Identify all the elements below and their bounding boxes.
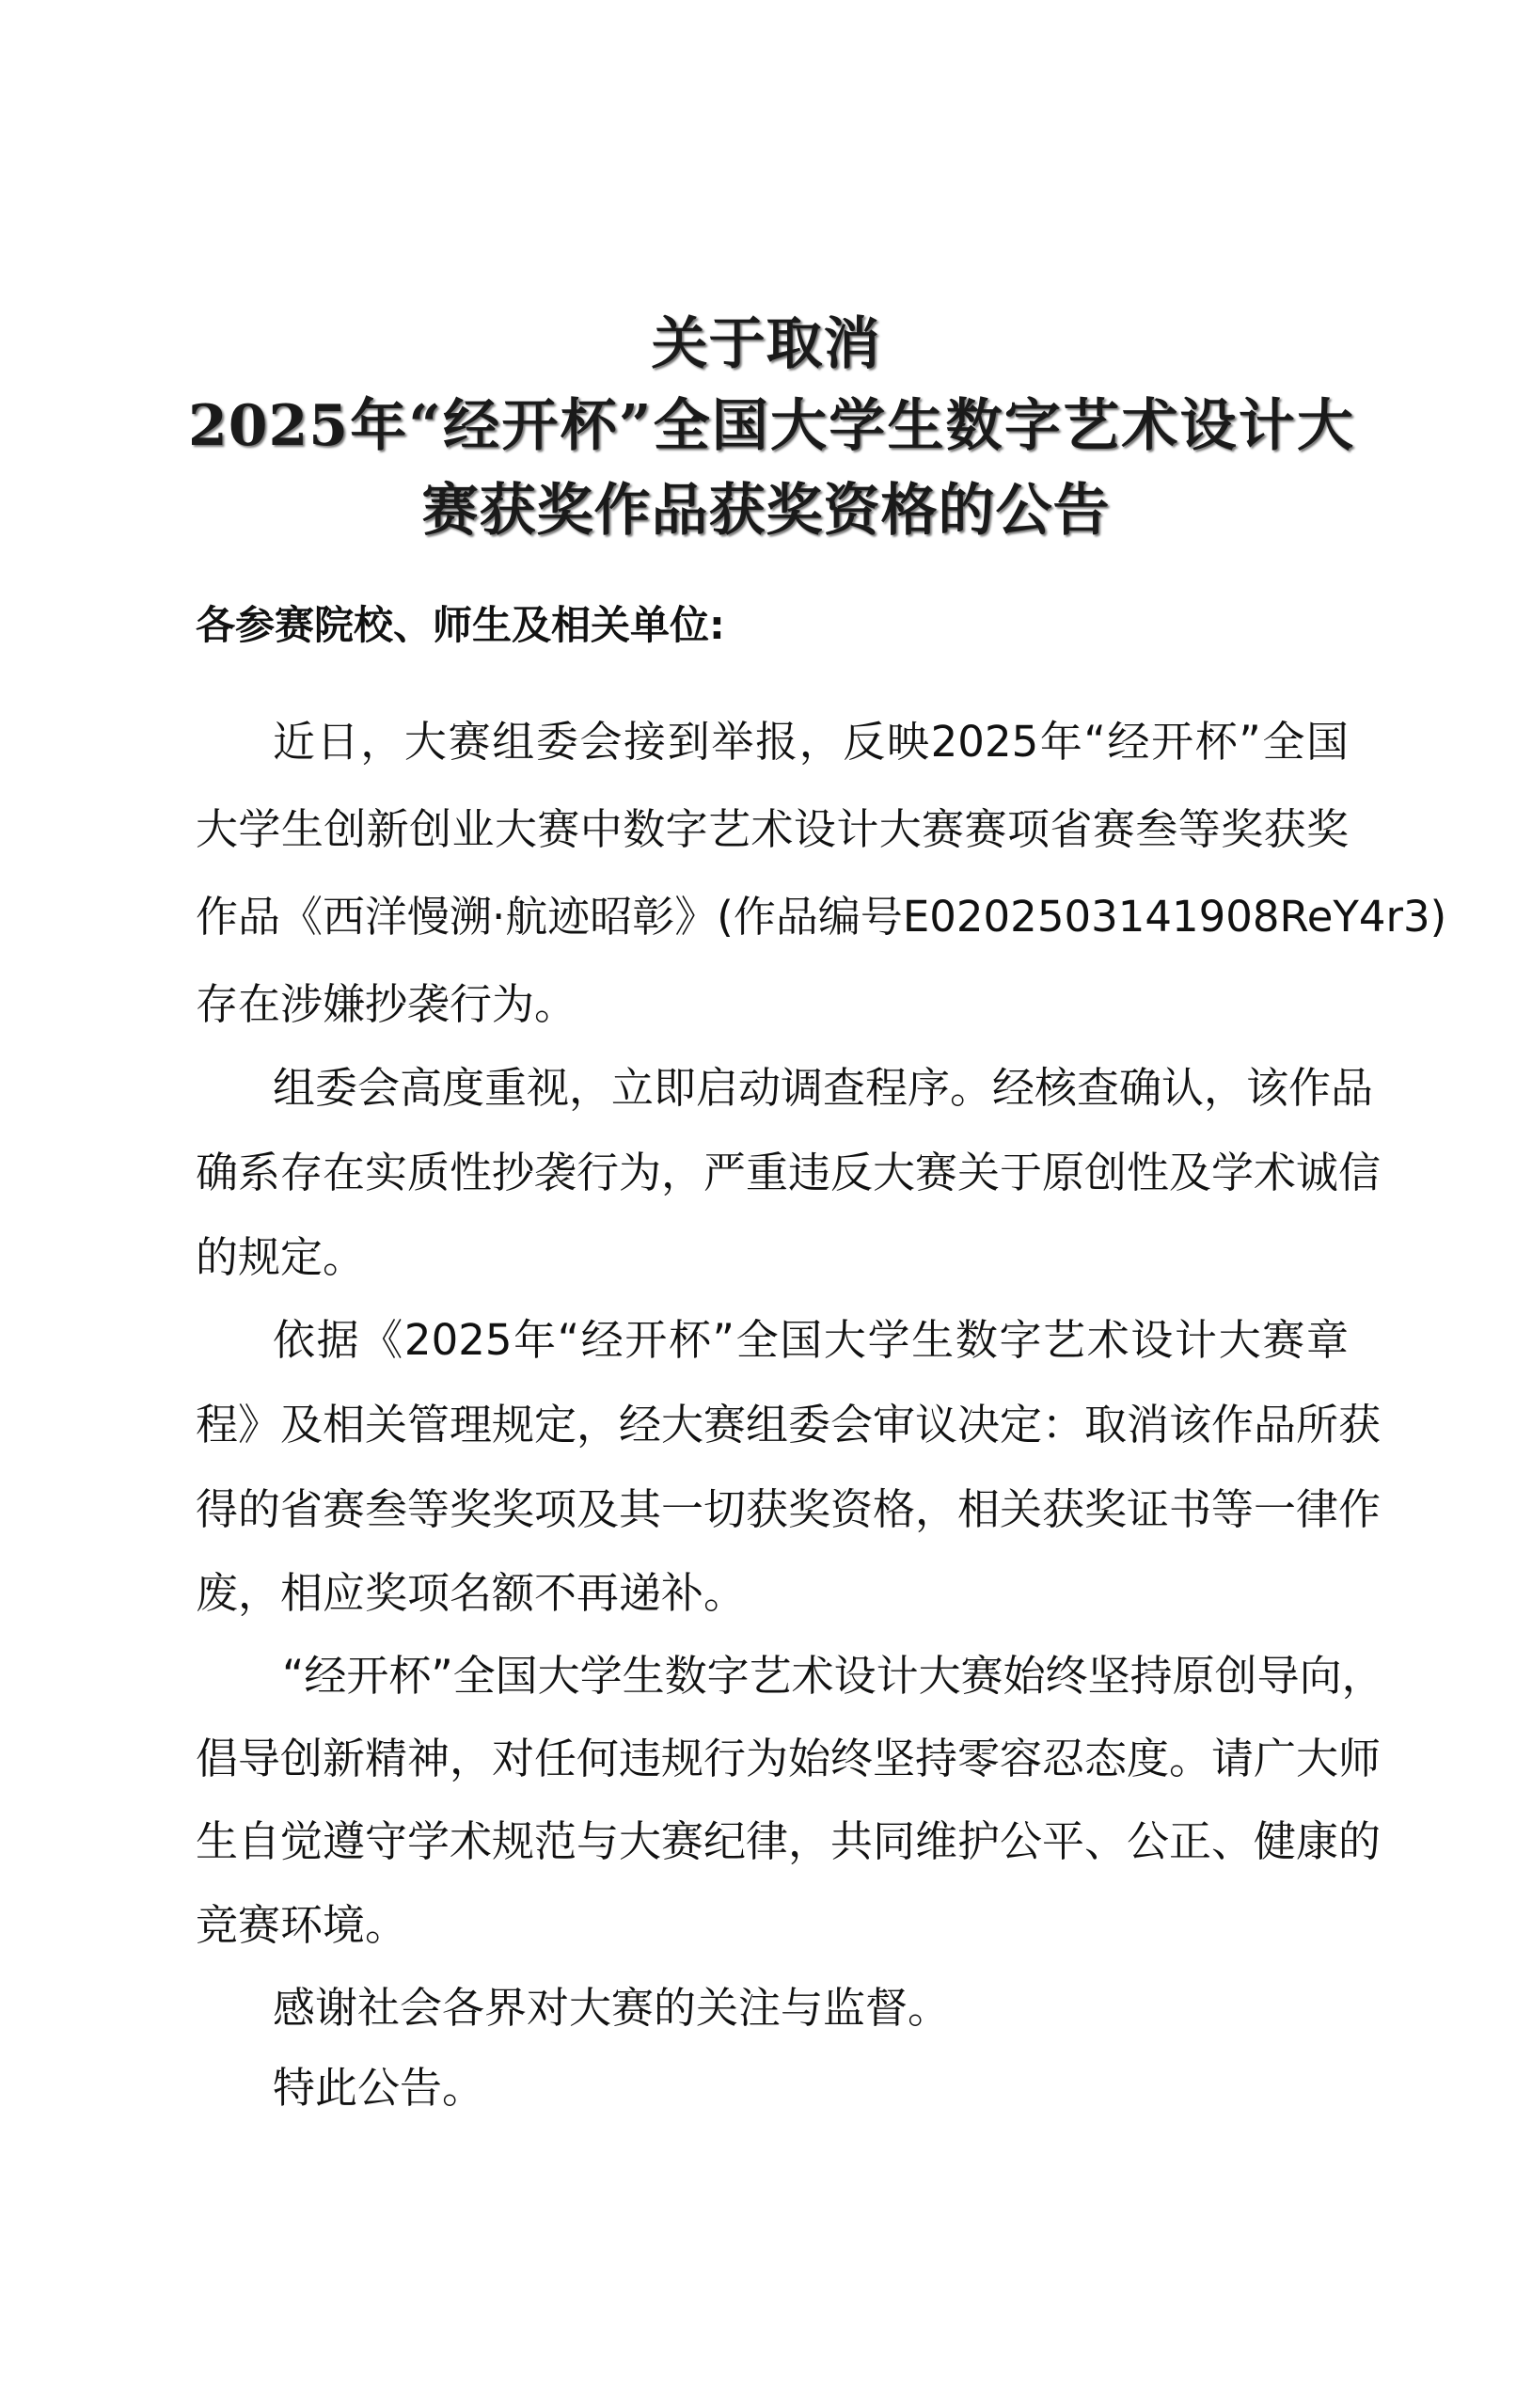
body-line: 竞赛环境。	[196, 1891, 407, 1952]
closing-line: 特此公告。	[273, 2053, 484, 2115]
body-line: 程》及相关管理规定，经大赛组委会审议决定：取消该作品所获	[196, 1390, 1349, 1451]
salutation: 各参赛院校、师生及相关单位:	[196, 594, 725, 651]
title-line-1: 关于取消	[0, 299, 1532, 380]
thanks-line: 感谢社会各界对大赛的关注与监督。	[273, 1973, 950, 2035]
body-line: 得的省赛叁等奖奖项及其一切获奖资格，相关获奖证书等一律作	[196, 1475, 1349, 1536]
body-line: 的规定。	[196, 1223, 365, 1284]
body-line: 依据《2025年“经开杯”全国大学生数字艺术设计大赛章	[273, 1306, 1349, 1367]
body-line: 存在涉嫌抄袭行为。	[196, 970, 576, 1031]
body-line: 组委会高度重视，立即启动调查程序。经核查确认，该作品	[273, 1053, 1349, 1115]
body-line: 废，相应奖项名额不再递补。	[196, 1559, 746, 1620]
body-line: 大学生创新创业大赛中数字艺术设计大赛赛项省赛叁等奖获奖	[196, 795, 1349, 856]
body-line: 作品《西洋慢溯·航迹昭彰》(作品编号E0202503141908ReY4r3)	[196, 882, 1349, 943]
title-line-2: 2025年“经开杯”全国大学生数字艺术设计大	[188, 381, 1354, 462]
body-line: 生自觉遵守学术规范与大赛纪律，共同维护公平、公正、健康的	[196, 1807, 1349, 1868]
body-line: 确系存在实质性抄袭行为，严重违反大赛关于原创性及学术诚信	[196, 1138, 1349, 1199]
body-line: 倡导创新精神，对任何违规行为始终坚持零容忍态度。请广大师	[196, 1724, 1349, 1785]
body-line: “经开杯”全国大学生数字艺术设计大赛始终坚持原创导向，	[282, 1641, 1364, 1703]
body-line: 近日，大赛组委会接到举报，反映2025年“经开杯”全国	[273, 707, 1349, 768]
title-line-3: 赛获奖作品获奖资格的公告	[0, 466, 1532, 547]
